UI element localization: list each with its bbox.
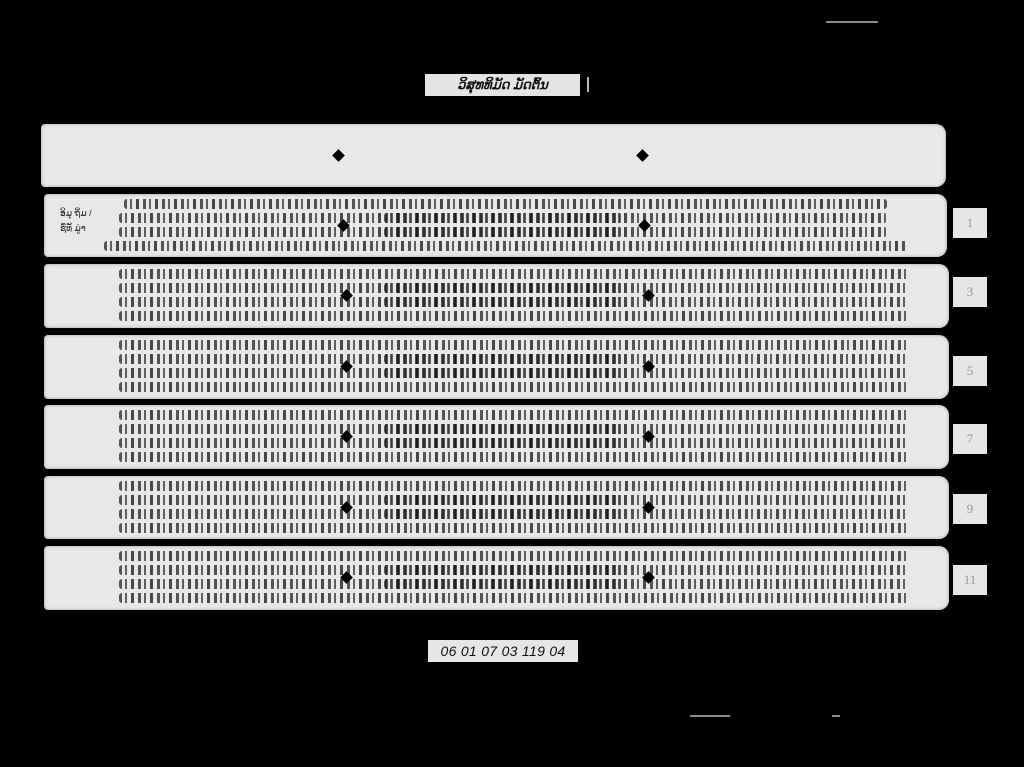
scan-artifact-bottom xyxy=(690,715,730,717)
text-line xyxy=(119,269,909,279)
page-number-tag: 9 xyxy=(953,494,987,524)
palm-leaf-1: ອິມຸ ຖິ່ມ / ຊົ່ທັ ມູ່າ xyxy=(44,194,947,257)
manuscript-title-label: ວິສຸທທິມັດ ມັດຕົ້ນ xyxy=(425,74,580,96)
title-tick-mark xyxy=(587,77,589,92)
page-number-tag: 3 xyxy=(953,277,987,307)
text-line xyxy=(384,227,887,237)
text-line xyxy=(124,199,887,209)
text-line xyxy=(119,551,909,561)
text-line xyxy=(119,311,909,321)
text-line xyxy=(119,382,909,392)
scan-artifact-top xyxy=(826,21,878,23)
palm-leaf-9 xyxy=(44,476,949,539)
string-hole-left xyxy=(332,149,345,162)
page-number-tag: 7 xyxy=(953,424,987,454)
palm-leaf-5 xyxy=(44,335,949,399)
text-line xyxy=(119,481,909,491)
text-line xyxy=(384,213,887,223)
palm-leaf-7 xyxy=(44,405,949,469)
string-hole-right xyxy=(636,149,649,162)
page-number-tag: 11 xyxy=(953,565,987,595)
catalog-code-label: 06 01 07 03 119 04 xyxy=(428,640,578,662)
palm-leaf-11 xyxy=(44,546,949,610)
text-line xyxy=(104,241,907,251)
palm-leaf-cover xyxy=(41,124,946,187)
text-line xyxy=(119,410,909,420)
palm-leaf-3 xyxy=(44,264,949,328)
text-line xyxy=(119,452,909,462)
text-line xyxy=(119,593,909,603)
text-line xyxy=(119,523,909,533)
page-number-tag: 5 xyxy=(953,356,987,386)
text-line xyxy=(119,340,909,350)
page-number-tag: 1 xyxy=(953,208,987,238)
scan-artifact-bottom-2 xyxy=(832,715,840,717)
margin-note: ອິມຸ ຖິ່ມ / ຊົ່ທັ ມູ່າ xyxy=(60,206,100,236)
